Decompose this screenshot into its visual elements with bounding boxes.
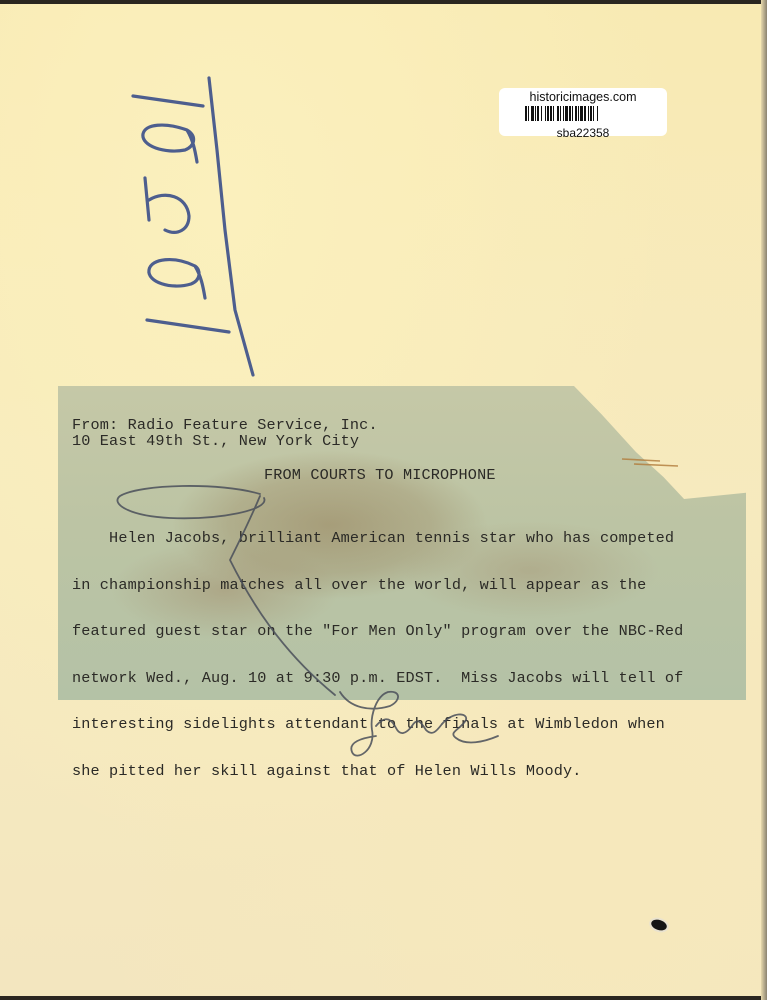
- pencil-date-annotation: [125, 70, 275, 390]
- label-site: historicimages.com: [499, 90, 667, 104]
- body-line: she pitted her skill against that of Hel…: [72, 764, 683, 780]
- body-text: Helen Jacobs, brilliant American tennis …: [72, 500, 683, 795]
- body-line: in championship matches all over the wor…: [72, 578, 683, 594]
- body-line: featured guest star on the "For Men Only…: [72, 624, 683, 640]
- body-line: Helen Jacobs, brilliant American tennis …: [72, 531, 683, 547]
- barcode-icon: [525, 106, 641, 121]
- sender-block: From: Radio Feature Service, Inc.10 East…: [72, 418, 378, 449]
- body-line: interesting sidelights attendant to the …: [72, 717, 683, 733]
- address-line: 10 East 49th St., New York City: [72, 434, 378, 450]
- body-line: network Wed., Aug. 10 at 9:30 p.m. EDST.…: [72, 671, 683, 687]
- label-code: sba22358: [499, 127, 667, 140]
- archive-label: historicimages.com sba22358: [499, 88, 667, 136]
- headline: FROM COURTS TO MICROPHONE: [264, 468, 496, 484]
- rust-mark: [620, 455, 680, 469]
- sheet-edge: [761, 0, 767, 1000]
